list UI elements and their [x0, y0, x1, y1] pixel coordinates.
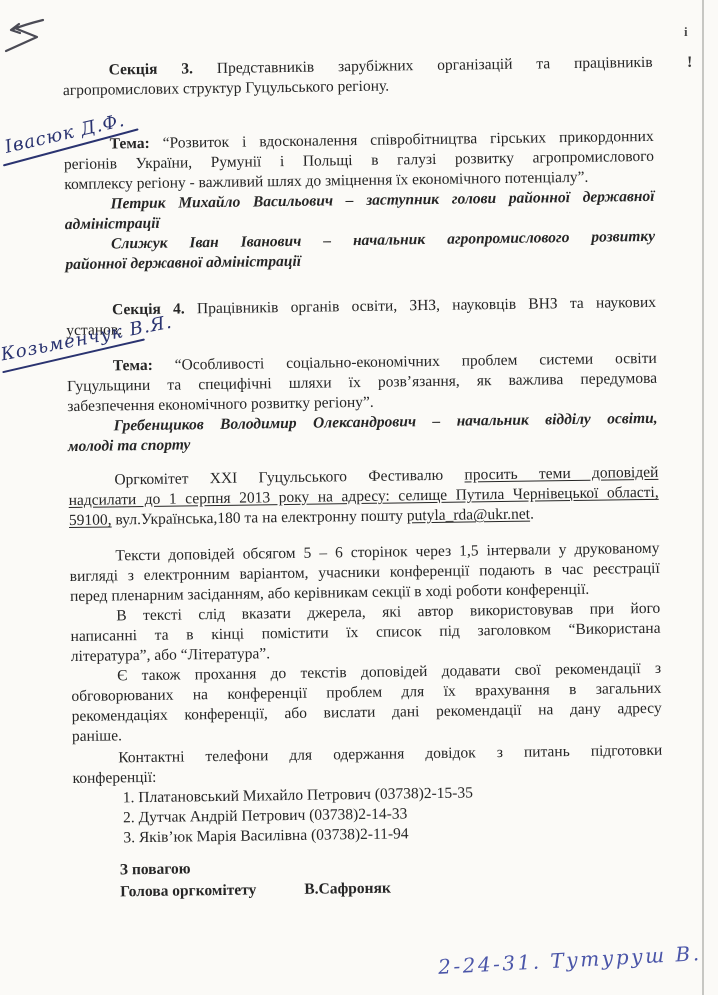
- text-run: література”, або “Література”.: [71, 645, 270, 665]
- text-run: агропромислових структур Гуцульського ре…: [63, 78, 389, 100]
- text-run: 1. Платановський Михайло Петрович (03738…: [123, 784, 473, 806]
- text-run: 59100,: [69, 511, 112, 529]
- handwritten-corner-mark-5-icon: [2, 14, 48, 56]
- signature-name: В.Сафроняк: [304, 879, 391, 900]
- text-run: putyla_rda@ukr.net: [407, 506, 530, 525]
- print-artifact-exclamation-mark: !: [687, 54, 692, 72]
- hrebenshchykov-entry: Гребенщиков Володимир Олександрович – на…: [68, 409, 659, 457]
- text-run: .: [530, 506, 534, 523]
- text-run: районної державної адміністрації: [65, 253, 301, 273]
- signature-role: Голова оргкомітету: [120, 880, 256, 902]
- section-3: Секція 3. Представників зарубіжних орган…: [63, 53, 654, 101]
- signature-block: З повагою Голова оргкомітету В.Сафроняк: [120, 853, 665, 903]
- text-run: адміністрації: [65, 215, 160, 233]
- phone-list: 1. Платановський Михайло Петрович (03738…: [73, 781, 664, 849]
- text-run: просить теми доповідей: [464, 464, 658, 484]
- tema-1: Тема: “Розвиток і вдосконалення співробі…: [64, 127, 655, 195]
- text-run: Тема:: [113, 357, 153, 375]
- teksty-dopovidei: Тексти доповідей обсягом 5 – 6 сторінок …: [69, 539, 660, 607]
- v-teksti: В тексті слід вказати джерела, які автор…: [70, 599, 661, 667]
- ye-takozh: Є також прохання до текстів доповідей до…: [71, 659, 662, 747]
- print-artifact-i-mark: і: [684, 24, 688, 40]
- text-run: забезпечення економічного розвитку регіо…: [67, 394, 374, 415]
- scanned-document-page: { "page": { "background_color": "#fbfaf7…: [0, 0, 718, 995]
- bottom-handwritten-note: 2-24-31. Тутуруш В.: [438, 941, 703, 979]
- text-run: 2. Дутчак Андрій Петрович (03738)2-14-33: [123, 805, 407, 826]
- text-run: раніше.: [72, 727, 122, 745]
- text-run: молоді та спорту: [68, 436, 191, 455]
- text-run: Представників зарубіжних організацій та …: [193, 54, 653, 77]
- text-run: конференції:: [72, 769, 156, 787]
- tema-2: Тема: “Особливості соціально-економічних…: [67, 349, 658, 417]
- text-run: Оргкомітет XXI Гуцульського Фестивалю: [114, 467, 464, 489]
- text-run: Секція 3.: [109, 60, 194, 78]
- slyzhuk-entry: Слижук Іван Іванович – начальник агропро…: [65, 227, 656, 275]
- text-run: 3. Яків’юк Марія Василівна (03738)2-11-9…: [123, 825, 408, 846]
- text-run: вул.Українська,180 та на електронну пошт…: [111, 507, 406, 528]
- orgkomitet-address: Оргкомітет XXI Гуцульського Фестивалю пр…: [68, 463, 659, 531]
